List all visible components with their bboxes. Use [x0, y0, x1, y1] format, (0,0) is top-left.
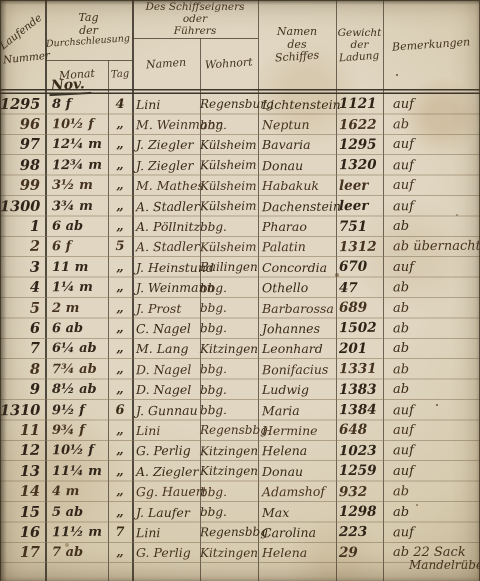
cell-schiffsname: Barbarossa [258, 301, 336, 316]
cell-schiffer-name: A. Pöllnitz [132, 219, 200, 234]
ledger-row: 2 6 f 5 A. Stadler Külsheim Palatin 1312… [0, 237, 480, 257]
cell-wohnort: bbg. [200, 301, 258, 315]
cell-bemerkung: ab [383, 219, 480, 234]
cell-wohnort: bbg. [200, 117, 258, 132]
cell-uhrzeit: 6 ab [45, 321, 108, 337]
cell-schiffsname: Johannes [258, 321, 336, 337]
bemerkung-line1: auf [393, 423, 414, 438]
ledger-row: 15 5 ab „ J. Laufer bbg. Max 1298 ab [0, 502, 480, 522]
cell-schiffsname: Maria [258, 402, 336, 418]
ledger-row: 7 6¼ ab „ M. Lang Kitzingen Leonhard 201… [0, 339, 480, 359]
header-label: Gewicht [338, 27, 382, 39]
cell-gewicht: 1295 [336, 137, 383, 153]
cell-bemerkung: ab [383, 484, 480, 500]
cell-uhrzeit: 12¼ m [45, 137, 108, 152]
cell-bemerkung: ab übernacht [383, 239, 480, 255]
cell-gewicht: 1320 [336, 157, 383, 173]
bemerkung-line1: auf [393, 260, 414, 275]
cell-tag: „ [108, 321, 132, 336]
cell-wohnort: bbg. [200, 362, 258, 377]
cell-schiffsname: Adamshof [258, 484, 336, 500]
cell-wohnort: bbg. [200, 505, 258, 519]
cell-uhrzeit: 1¼ m [45, 280, 108, 296]
col-header-schiffseigner: Des Schiffseigners oder Führers [132, 0, 258, 38]
cell-uhrzeit: 8½ ab [45, 382, 108, 397]
ledger-row: 14 4 m „ Gg. Hauert bbg. Adamshof 932 ab [0, 481, 480, 501]
bemerkung-line1: ab [393, 321, 409, 336]
ledger-row: 99 3½ m „ M. Mathes Külsheim Habakuk lee… [0, 176, 480, 196]
ledger-row: 13 11¼ m „ A. Ziegler Kitzingen Donau 12… [0, 461, 480, 481]
header-label: Tag [110, 69, 129, 82]
cell-wohnort: Bailingen [200, 260, 258, 274]
cell-tag: 6 [108, 402, 132, 417]
cell-bemerkung: ab [383, 301, 480, 316]
cell-schiffsname: Hermine [258, 423, 336, 438]
bemerkung-line1: auf [393, 97, 414, 112]
ledger-row: 4 1¼ m „ J. Weinmann bbg. Othello 47 ab [0, 278, 480, 298]
col-header-namen: Namen [132, 38, 200, 90]
cell-gewicht: leer [336, 178, 383, 194]
cell-schiffer-name: J. Ziegler [132, 137, 200, 152]
cell-uhrzeit: 11 m [45, 260, 108, 275]
cell-schiffer-name: G. Perlig [132, 443, 200, 459]
cell-tag: „ [108, 117, 132, 132]
cell-schiffsname: Helena [258, 443, 336, 459]
cell-schiffer-name: J. Weinmann [132, 280, 200, 296]
cell-uhrzeit: 11½ m [45, 525, 108, 541]
cell-schiffer-name: J. Gunnau [132, 402, 200, 418]
cell-schiffer-name: J. Ziegler [132, 158, 200, 174]
bemerkung-line1: ab [393, 362, 409, 377]
cell-wohnort: bbg. [200, 383, 258, 397]
cell-schiffsname: Palatin [258, 239, 336, 255]
cell-bemerkung: auf [383, 97, 480, 112]
cell-uhrzeit: 3½ m [45, 178, 108, 193]
col-header-bemerkungen: Bemerkungen [383, 0, 480, 90]
cell-uhrzeit: 8 f [45, 97, 108, 112]
ledger-row: 8 7¾ ab „ D. Nagel bbg. Bonifacius 1331 … [0, 359, 480, 379]
cell-bemerkung: auf [383, 137, 480, 152]
cell-bemerkung: ab [383, 382, 480, 397]
bemerkung-line1: ab [393, 117, 409, 132]
ledger-row: 96 10½ f „ M. Weinmann bbg. Neptun 1622 … [0, 114, 480, 134]
cell-wohnort: Külsheim [200, 179, 258, 193]
cell-schiffer-name: D. Nagel [132, 382, 200, 397]
cell-uhrzeit: 5 ab [45, 505, 108, 520]
col-header-tag-der-durchschleusung: Tag der Durchschleusung [45, 0, 132, 60]
scan-edge-left [0, 0, 7, 581]
cell-bemerkung: auf [383, 198, 480, 214]
cell-schiffsname: Carolina [258, 525, 336, 541]
cell-bemerkung: ab [383, 280, 480, 296]
cell-wohnort: Regensbbg. [200, 423, 258, 437]
ledger-row: 3 11 m „ J. Heinstund Bailingen Concordi… [0, 257, 480, 277]
cell-wohnort: Kitzingen [200, 464, 258, 478]
cell-wohnort: Külsheim [200, 199, 258, 214]
cell-gewicht: 1383 [336, 382, 383, 398]
cell-schiffer-name: M. Mathes [132, 178, 200, 193]
cell-wohnort: bbg. [200, 280, 258, 295]
cell-wohnort: Külsheim [200, 240, 258, 255]
cell-tag: 4 [108, 97, 132, 112]
cell-bemerkung: ab [383, 117, 480, 133]
cell-tag: 7 [108, 525, 132, 540]
cell-uhrzeit: 10½ f [45, 443, 108, 459]
ledger-row: 1310 9½ f 6 J. Gunnau bbg. Maria 1384 au… [0, 400, 480, 420]
cell-bemerkung: auf [383, 402, 480, 418]
cell-gewicht: 1259 [336, 463, 383, 479]
cell-schiffer-name: M. Weinmann [132, 117, 200, 133]
cell-wohnort: Külsheim [200, 138, 258, 152]
header-label: Führers [174, 25, 216, 37]
cell-gewicht: 670 [336, 259, 383, 275]
cell-wohnort: Kitzingen [200, 342, 258, 356]
month-label: Nov. [49, 76, 92, 96]
cell-bemerkung: ab 22 Sack Mandelrüben [383, 545, 480, 560]
cell-tag: „ [108, 178, 132, 193]
cell-tag: „ [108, 219, 132, 234]
ledger-row: 97 12¼ m „ J. Ziegler Külsheim Bavaria 1… [0, 135, 480, 155]
bemerkung-line1: ab [393, 219, 409, 234]
cell-schiffer-name: J. Heinstund [132, 260, 200, 275]
cell-gewicht: 1331 [336, 361, 383, 377]
cell-schiffsname: Pharao [258, 219, 336, 234]
header-label: Bemerkungen [392, 36, 471, 54]
cell-tag: „ [108, 464, 132, 479]
cell-tag: „ [108, 199, 132, 214]
scan-edge-top [0, 0, 480, 5]
cell-schiffer-name: D. Nagel [132, 361, 200, 377]
cell-gewicht: 1312 [336, 239, 383, 255]
cell-bemerkung: ab [383, 321, 480, 337]
ledger-page: Laufende Nummer Tag der Durchschleusung … [0, 0, 480, 581]
col-header-gewicht: Gewicht der Ladung [336, 0, 383, 90]
bemerkung-line1: ab [393, 382, 409, 397]
cell-tag: „ [108, 158, 132, 173]
cell-tag: „ [108, 505, 132, 520]
header-label: Schiffes [274, 50, 319, 66]
cell-uhrzeit: 4 m [45, 484, 108, 500]
header-label: Durchschleusung [46, 34, 131, 51]
cell-gewicht: 29 [336, 545, 383, 561]
cell-schiffer-name: G. Perlig [132, 545, 200, 560]
cell-schiffsname: Othello [258, 280, 336, 296]
cell-uhrzeit: 7 ab [45, 545, 108, 560]
cell-bemerkung: auf [383, 178, 480, 193]
cell-tag: „ [108, 545, 132, 560]
cell-schiffer-name: Gg. Hauert [132, 484, 200, 500]
cell-tag: „ [108, 484, 132, 499]
ledger-row: 1300 3¾ m „ A. Stadler Külsheim Dachenst… [0, 196, 480, 216]
cell-uhrzeit: 7¾ ab [45, 361, 108, 377]
bemerkung-line1: auf [393, 137, 414, 152]
cell-schiffsname: Bonifacius [258, 361, 336, 377]
cell-tag: „ [108, 137, 132, 152]
bemerkung-line1: auf [393, 525, 414, 540]
header-label: Namen [277, 26, 317, 39]
header-label: Wohnort [205, 56, 253, 72]
bemerkung-line1: auf [393, 178, 414, 193]
bemerkung-line1: auf [393, 443, 414, 458]
cell-gewicht: 201 [336, 341, 383, 357]
cell-gewicht: 1384 [336, 402, 383, 418]
ledger-row: 17 7 ab „ G. Perlig Kitzingen Helena 29 … [0, 543, 480, 563]
cell-tag: „ [108, 443, 132, 458]
cell-uhrzeit: 2 m [45, 301, 108, 316]
cell-wohnort: bbg. [200, 321, 258, 336]
bemerkung-line1: auf [393, 199, 414, 214]
cell-schiffer-name: M. Lang [132, 341, 200, 356]
cell-tag: „ [108, 301, 132, 316]
cell-schiffer-name: J. Laufer [132, 505, 200, 520]
cell-schiffsname: Habakuk [258, 178, 336, 193]
cell-wohnort: Kitzingen [200, 444, 258, 459]
cell-schiffsname: Bavaria [258, 137, 336, 152]
cell-uhrzeit: 9¾ f [45, 423, 108, 438]
cell-schiffsname: Helena [258, 545, 336, 560]
ledger-row: 1295 8 f 4 Lini Regensburg Lichtenstein … [0, 94, 480, 114]
bemerkung-line1: ab [393, 505, 409, 520]
cell-uhrzeit: 6 ab [45, 219, 108, 234]
cell-uhrzeit: 11¼ m [45, 464, 108, 479]
cell-bemerkung: auf [383, 443, 480, 459]
cell-gewicht: 47 [336, 279, 383, 295]
cell-tag: 5 [108, 239, 132, 254]
cell-bemerkung: auf [383, 260, 480, 275]
cell-schiffsname: Donau [258, 158, 336, 174]
cell-bemerkung: auf [383, 524, 480, 540]
cell-uhrzeit: 6 f [45, 239, 108, 255]
cell-schiffsname: Ludwig [258, 382, 336, 397]
cell-gewicht: 223 [336, 524, 383, 540]
cell-tag: „ [108, 362, 132, 377]
cell-gewicht: 1298 [336, 504, 383, 520]
cell-schiffer-name: Lini [132, 423, 200, 438]
bemerkung-line1: ab [393, 341, 409, 356]
cell-wohnort: bbg. [200, 484, 258, 499]
cell-wohnort: Regensbbg. [200, 525, 258, 540]
cell-schiffsname: Concordia [258, 260, 336, 275]
cell-gewicht: 1121 [336, 96, 383, 112]
cell-tag: „ [108, 341, 132, 356]
cell-gewicht: 932 [336, 483, 383, 499]
ledger-row: 6 6 ab „ C. Nagel bbg. Johannes 1502 ab [0, 318, 480, 338]
cell-schiffer-name: J. Prost [132, 301, 200, 316]
cell-tag: „ [108, 260, 132, 275]
bemerkung-line1: ab [393, 301, 409, 316]
bemerkung-line1: auf [393, 464, 414, 479]
ledger-table-rows: 1295 8 f 4 Lini Regensburg Lichtenstein … [0, 94, 480, 581]
cell-uhrzeit: 6¼ ab [45, 341, 108, 356]
col-header-wohnort: Wohnort [200, 38, 258, 90]
bemerkung-line1: auf [393, 158, 414, 173]
cell-bemerkung: ab [383, 505, 480, 520]
cell-bemerkung: auf [383, 423, 480, 438]
cell-schiffer-name: Lini [132, 97, 200, 112]
ledger-row: 98 12¾ m „ J. Ziegler Külsheim Donau 132… [0, 155, 480, 175]
cell-gewicht: 689 [336, 300, 383, 316]
cell-schiffer-name: Lini [132, 525, 200, 541]
cell-schiffer-name: A. Ziegler [132, 464, 200, 479]
col-header-schiffsname: Namen des Schiffes [258, 0, 336, 90]
cell-tag: „ [108, 382, 132, 397]
cell-schiffsname: Donau [258, 464, 336, 479]
cell-wohnort: bbg. [200, 220, 258, 234]
cell-wohnort: Regensburg [200, 97, 258, 111]
bemerkung-line1: auf [393, 403, 414, 418]
cell-gewicht: 1622 [336, 116, 383, 132]
cell-uhrzeit: 9½ f [45, 402, 108, 418]
cell-tag: „ [108, 423, 132, 438]
bemerkung-line1: ab [393, 484, 409, 499]
cell-uhrzeit: 12¾ m [45, 158, 108, 174]
cell-bemerkung: auf [383, 464, 480, 479]
header-label: Ladung [339, 50, 380, 65]
cell-bemerkung: ab [383, 361, 480, 377]
cell-bemerkung: ab [383, 341, 480, 356]
ledger-row: 11 9¾ f „ Lini Regensbbg. Hermine 648 au… [0, 420, 480, 440]
cell-schiffsname: Dachenstein [258, 198, 336, 214]
cell-schiffsname: Leonhard [258, 341, 336, 356]
cell-uhrzeit: 3¾ m [45, 198, 108, 214]
cell-schiffer-name: C. Nagel [132, 321, 200, 337]
cell-gewicht: 648 [336, 422, 383, 438]
cell-schiffsname: Neptun [258, 117, 336, 133]
cell-schiffsname: Max [258, 505, 336, 520]
cell-uhrzeit: 10½ f [45, 117, 108, 133]
col-header-tag: Tag [108, 60, 132, 90]
bemerkung-line1: ab [393, 280, 409, 295]
cell-wohnort: Külsheim [200, 158, 258, 173]
ledger-row: 9 8½ ab „ D. Nagel bbg. Ludwig 1383 ab [0, 379, 480, 399]
cell-gewicht: 751 [336, 219, 383, 235]
header-label: Namen [145, 56, 186, 71]
cell-tag: „ [108, 280, 132, 295]
cell-wohnort: Kitzingen [200, 546, 258, 560]
bemerkung-line2: Mandelrüben [409, 558, 480, 572]
header-label: Nummer [3, 50, 51, 67]
bemerkung-line1: ab übernacht [393, 239, 480, 255]
cell-gewicht: 1023 [336, 443, 383, 459]
ledger-row: 1 6 ab „ A. Pöllnitz bbg. Pharao 751 ab [0, 216, 480, 236]
ledger-row: 5 2 m „ J. Prost bbg. Barbarossa 689 ab [0, 298, 480, 318]
cell-schiffer-name: A. Stadler [132, 198, 200, 214]
ledger-row: 12 10½ f „ G. Perlig Kitzingen Helena 10… [0, 441, 480, 461]
cell-gewicht: 1502 [336, 320, 383, 336]
header-label: der [351, 39, 369, 51]
ledger-row: 16 11½ m 7 Lini Regensbbg. Carolina 223 … [0, 522, 480, 542]
cell-bemerkung: auf [383, 157, 480, 173]
cell-schiffsname: Lichtenstein [258, 97, 336, 112]
header-label: Tag [78, 12, 98, 25]
cell-wohnort: bbg. [200, 403, 258, 418]
cell-gewicht: leer [336, 198, 383, 214]
cell-schiffer-name: A. Stadler [132, 239, 200, 255]
